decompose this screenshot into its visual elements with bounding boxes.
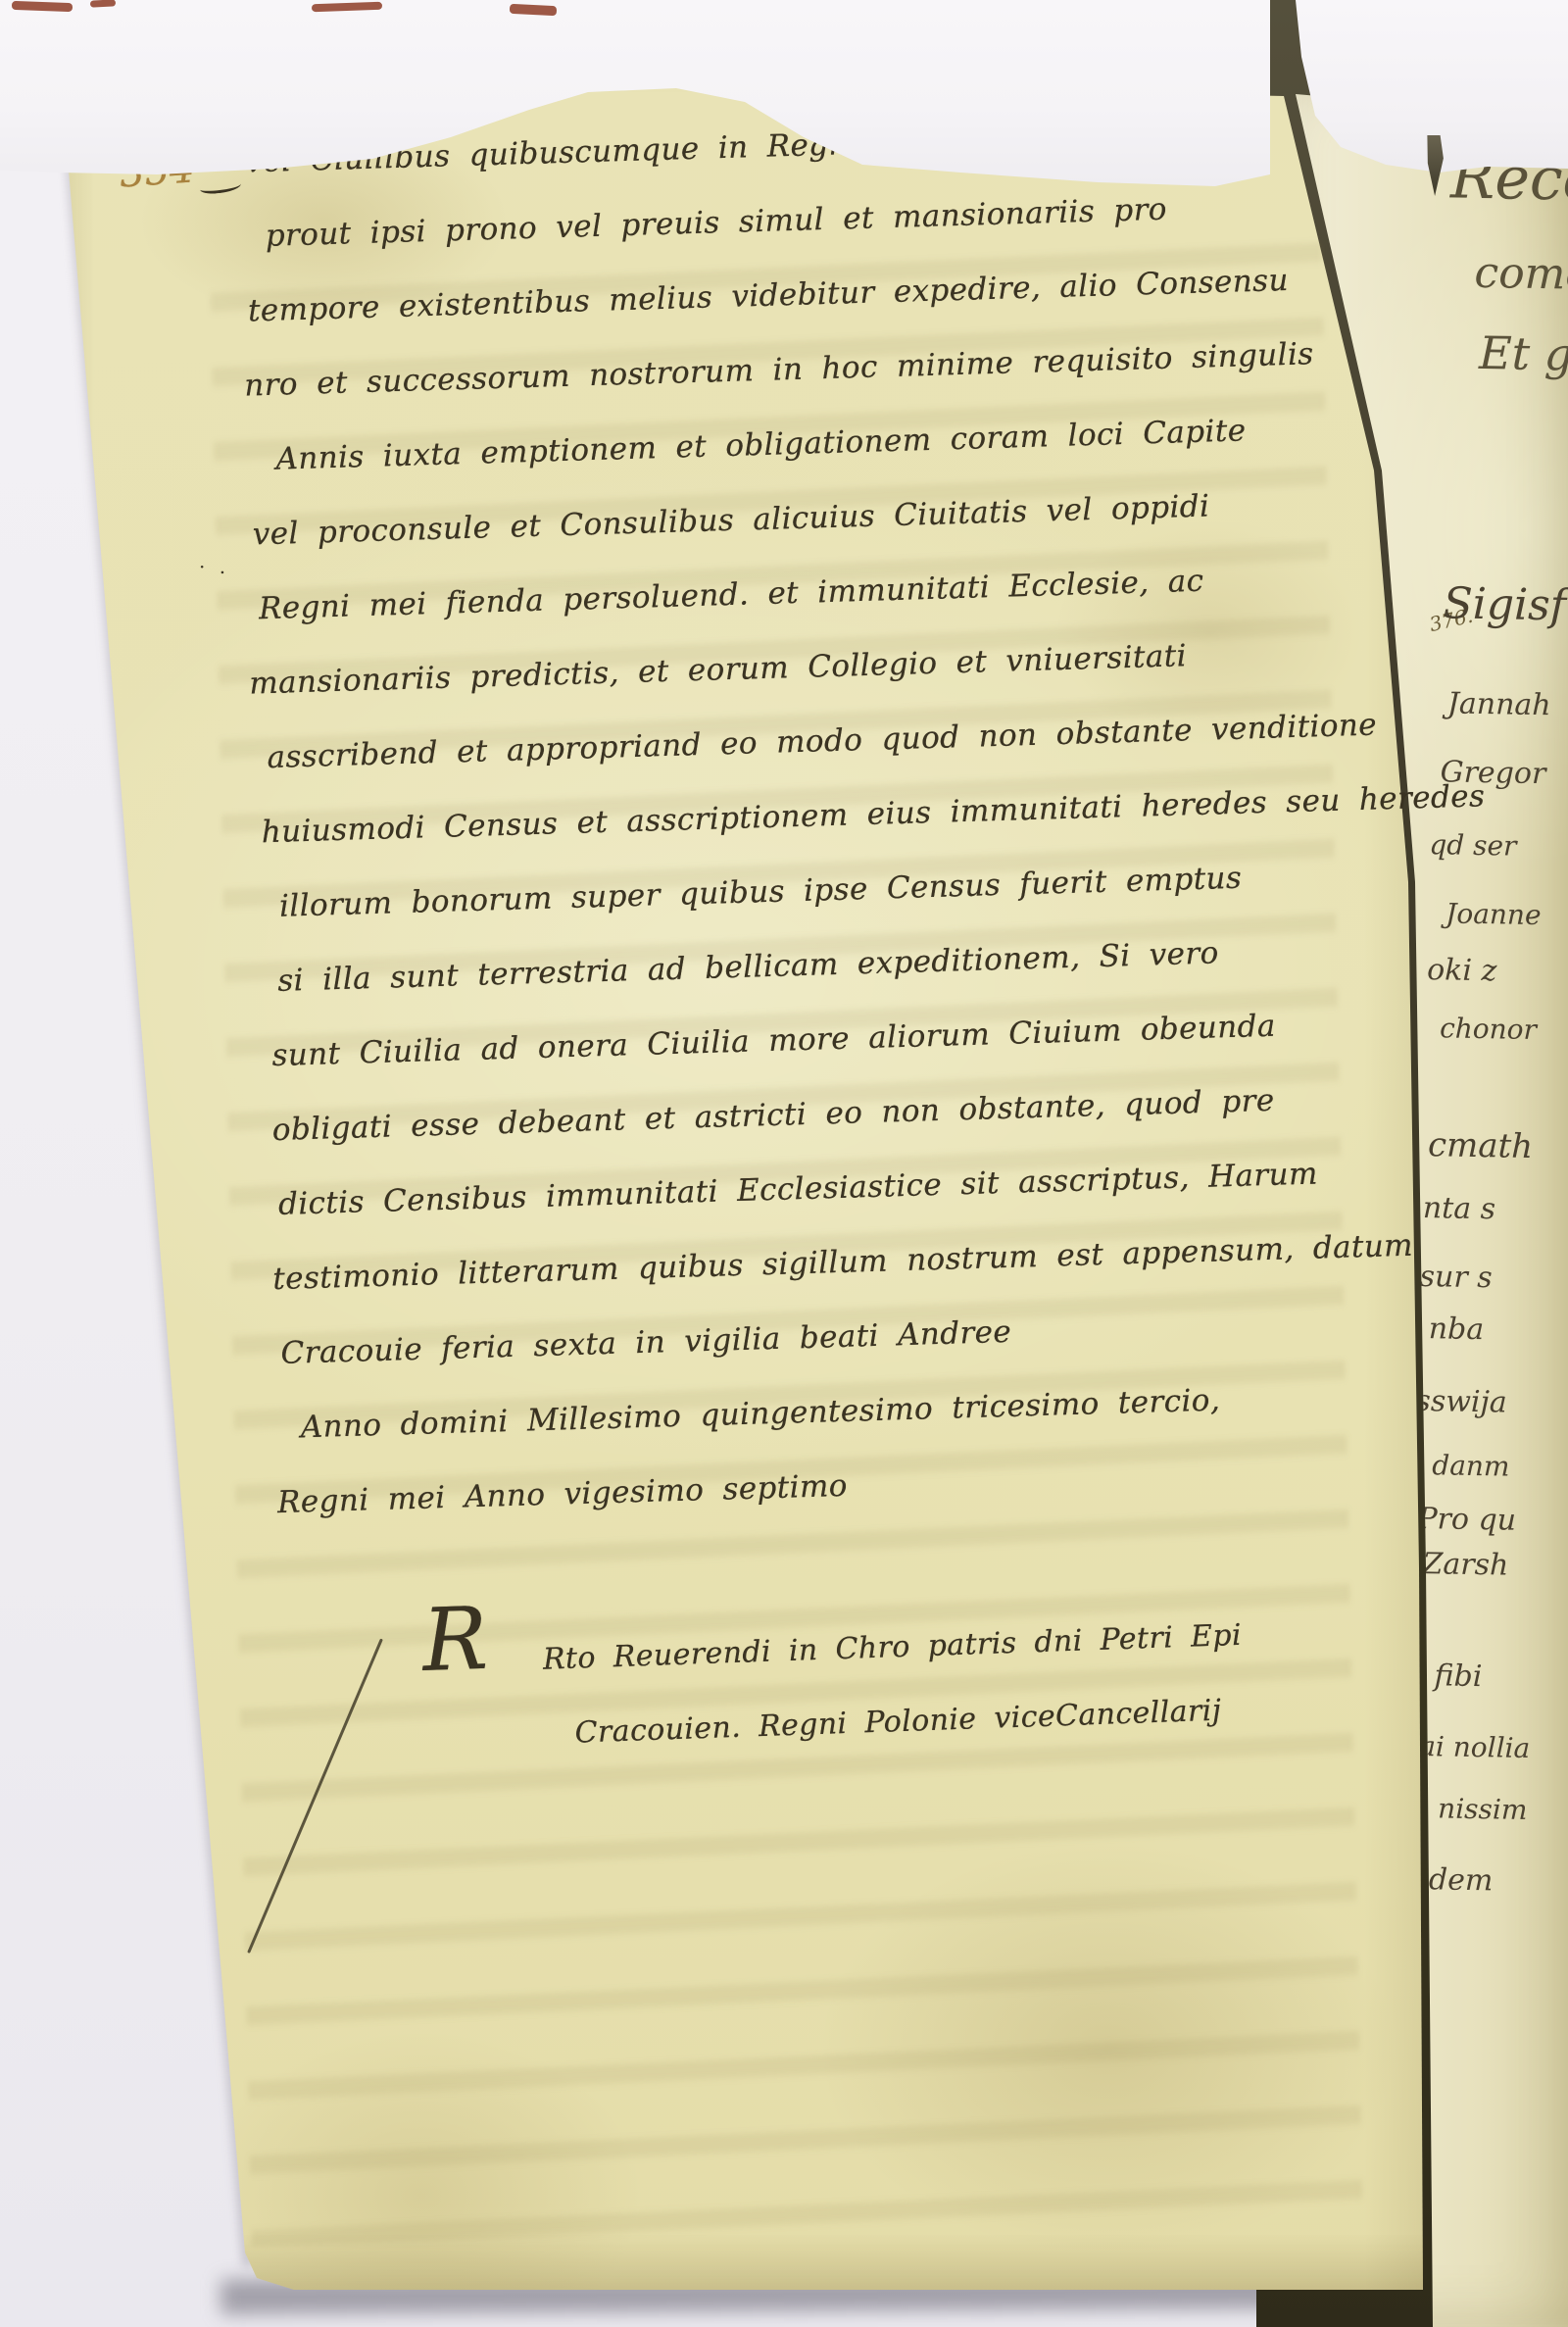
- relatio-initial: R: [421, 1600, 489, 1680]
- right-page-line-fragment: Joanne: [1445, 897, 1542, 931]
- right-page-line-fragment: danm: [1432, 1449, 1510, 1482]
- right-page-line-fragment: Zarsh: [1422, 1547, 1508, 1583]
- right-page-line-fragment: nba: [1428, 1312, 1484, 1347]
- right-page-heading-line: comen: [1474, 248, 1568, 301]
- right-page-line-fragment: oki z: [1427, 953, 1497, 988]
- right-page-heading-line: Et gr: [1479, 326, 1568, 381]
- cropped-ink-mark: [90, 0, 116, 8]
- manuscript-scan: Reco comen Et gr 376. Sigisf Jannah Greg…: [0, 0, 1568, 2327]
- right-page-line-fragment: dem: [1429, 1862, 1494, 1898]
- right-page-line-fragment: sur s: [1419, 1260, 1493, 1295]
- right-page-line-fragment: Sigisf: [1443, 578, 1566, 630]
- margin-dots: · .: [199, 555, 229, 578]
- right-page-line-fragment: nissim: [1438, 1792, 1528, 1826]
- right-page-line-fragment: cmath: [1428, 1125, 1534, 1166]
- right-page-line-fragment: Pro qu: [1417, 1502, 1516, 1538]
- body-text: vel Ciuilibus quibuscumque in Regno meo …: [227, 112, 1376, 1560]
- right-page-line-fragment: qd ser: [1429, 828, 1517, 863]
- right-page-line-fragment: chonor: [1440, 1012, 1537, 1046]
- right-page-line-fragment: fibi: [1434, 1659, 1482, 1694]
- right-page-line-fragment: nta s: [1423, 1191, 1496, 1226]
- right-page-line-fragment: sswija: [1415, 1384, 1507, 1420]
- right-page-line-fragment: Jannah: [1447, 686, 1551, 722]
